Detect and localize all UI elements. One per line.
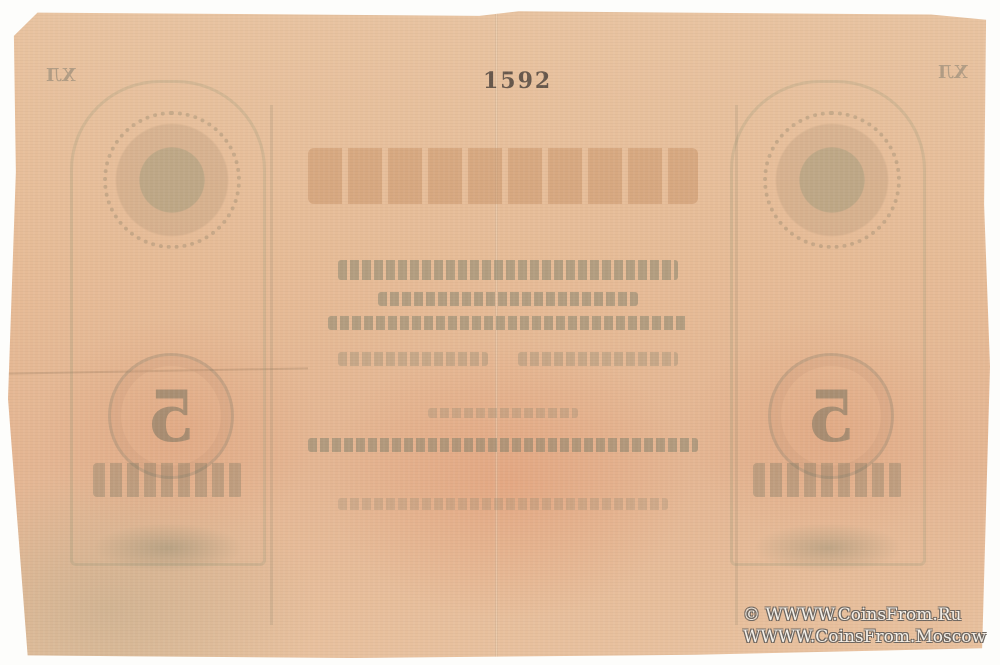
denomination-numeral-left: 5 <box>108 353 234 479</box>
left-ornamental-panel: 5 <box>70 80 266 566</box>
watermark-line-1: © WWWW.CoinsFrom.Ru <box>743 604 986 626</box>
mirrored-text-line <box>338 352 488 366</box>
mirrored-text-line <box>308 438 698 452</box>
rosette-ornament-icon <box>763 111 901 249</box>
watermark-line-2: WWWW.CoinsFrom.Moscow <box>743 626 986 648</box>
serial-number: 1592 <box>483 68 552 94</box>
mirrored-text-line <box>428 408 578 418</box>
mirrored-text-line <box>338 498 668 510</box>
banknote: ХЛ ХЛ 5 5 1592 <box>8 10 990 658</box>
denomination-word-left <box>93 463 243 497</box>
lower-ornament-right <box>753 523 903 573</box>
mirrored-title-band <box>308 148 698 204</box>
mirrored-text-line <box>518 352 678 366</box>
corner-mark-right: ХЛ <box>938 62 968 83</box>
mirrored-text-line <box>328 316 688 330</box>
lower-ornament-left <box>93 523 243 573</box>
mirrored-text-line <box>378 292 638 306</box>
denomination-word-right <box>753 463 903 497</box>
denomination-numeral-right: 5 <box>768 353 894 479</box>
mirrored-text-line <box>338 260 678 280</box>
rosette-ornament-icon <box>103 111 241 249</box>
right-ornamental-panel: 5 <box>730 80 926 566</box>
copyright-watermark: © WWWW.CoinsFrom.Ru WWWW.CoinsFrom.Mosco… <box>743 604 986 648</box>
corner-mark-left: ХЛ <box>46 65 76 86</box>
